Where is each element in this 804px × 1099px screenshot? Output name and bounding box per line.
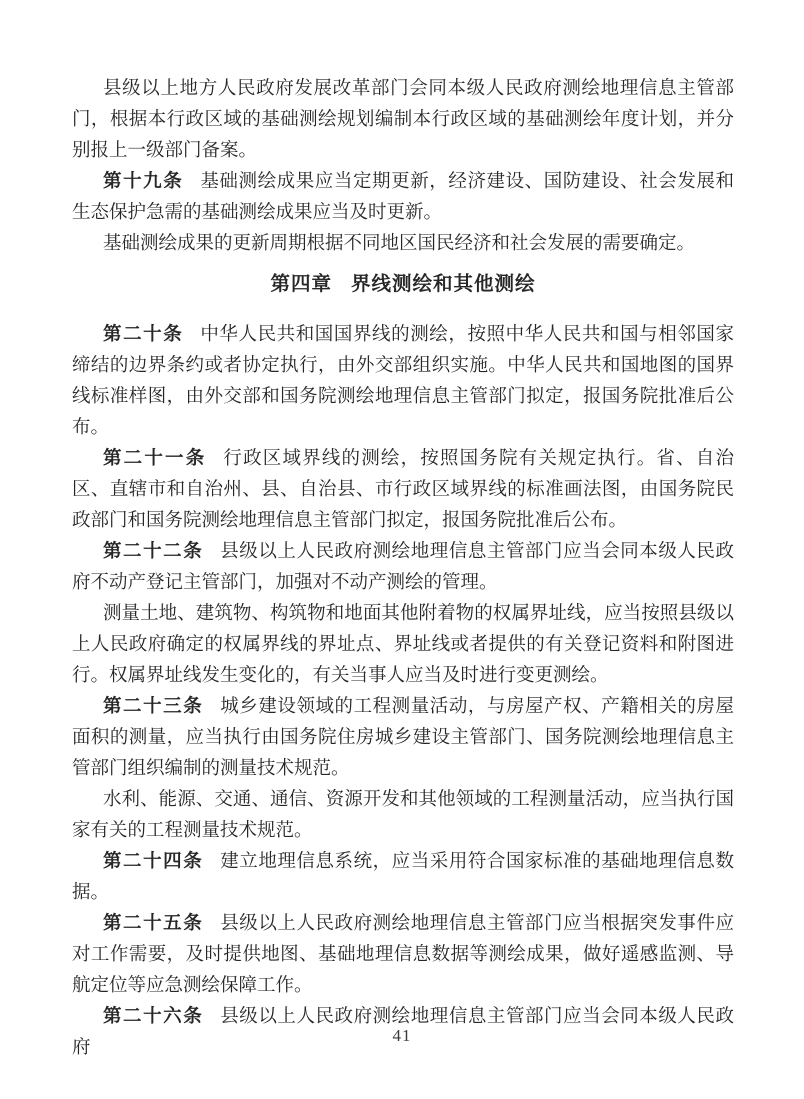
article-25-number: 第二十五条 [103,914,203,934]
article-19-number: 第十九条 [103,172,183,192]
chapter-heading: 第四章界线测绘和其他测绘 [72,269,734,300]
paragraph-text: 测量土地、建筑物、构筑物和地面其他附着物的权属界址线，应当按照县级以上人民政府确… [72,604,734,686]
article-22-clause-2: 测量土地、建筑物、构筑物和地面其他附着物的权属界址线，应当按照县级以上人民政府确… [72,599,734,692]
page-footer: 41 [0,1026,804,1046]
article-24: 第二十四条建立地理信息系统，应当采用符合国家标准的基础地理信息数据。 [72,847,734,909]
article-20: 第二十条中华人民共和国国界线的测绘，按照中华人民共和国与相邻国家缔结的边界条约或… [72,320,734,444]
paragraph-continuation: 县级以上地方人民政府发展改革部门会同本级人民政府测绘地理信息主管部门，根据本行政… [72,74,734,167]
article-19-clause-2: 基础测绘成果的更新周期根据不同地区国民经济和社会发展的需要确定。 [72,229,734,260]
article-19: 第十九条基础测绘成果应当定期更新，经济建设、国防建设、社会发展和生态保护急需的基… [72,167,734,229]
chapter-title: 界线测绘和其他测绘 [351,274,536,295]
article-21-number: 第二十一条 [103,449,206,469]
article-26-number: 第二十六条 [103,1007,203,1027]
article-21: 第二十一条行政区域界线的测绘，按照国务院有关规定执行。省、自治区、直辖市和自治州… [72,444,734,537]
article-20-number: 第二十条 [103,325,183,345]
legal-text-body: 县级以上地方人民政府发展改革部门会同本级人民政府测绘地理信息主管部门，根据本行政… [72,74,734,1064]
article-23-number: 第二十三条 [103,697,203,717]
article-23: 第二十三条城乡建设领域的工程测量活动，与房屋产权、产籍相关的房屋面积的测量，应当… [72,692,734,785]
article-22: 第二十二条县级以上人民政府测绘地理信息主管部门应当会同本级人民政府不动产登记主管… [72,537,734,599]
article-24-number: 第二十四条 [103,852,203,872]
article-22-number: 第二十二条 [103,542,203,562]
document-page: 县级以上地方人民政府发展改革部门会同本级人民政府测绘地理信息主管部门，根据本行政… [0,0,804,1099]
article-25: 第二十五条县级以上人民政府测绘地理信息主管部门应当根据突发事件应对工作需要，及时… [72,909,734,1002]
paragraph-text: 县级以上地方人民政府发展改革部门会同本级人民政府测绘地理信息主管部门，根据本行政… [72,79,734,161]
chapter-number: 第四章 [270,274,332,295]
paragraph-text: 水利、能源、交通、通信、资源开发和其他领域的工程测量活动，应当执行国家有关的工程… [72,790,734,841]
article-23-clause-2: 水利、能源、交通、通信、资源开发和其他领域的工程测量活动，应当执行国家有关的工程… [72,785,734,847]
page-number: 41 [393,1026,412,1045]
paragraph-text: 基础测绘成果的更新周期根据不同地区国民经济和社会发展的需要确定。 [103,234,695,254]
